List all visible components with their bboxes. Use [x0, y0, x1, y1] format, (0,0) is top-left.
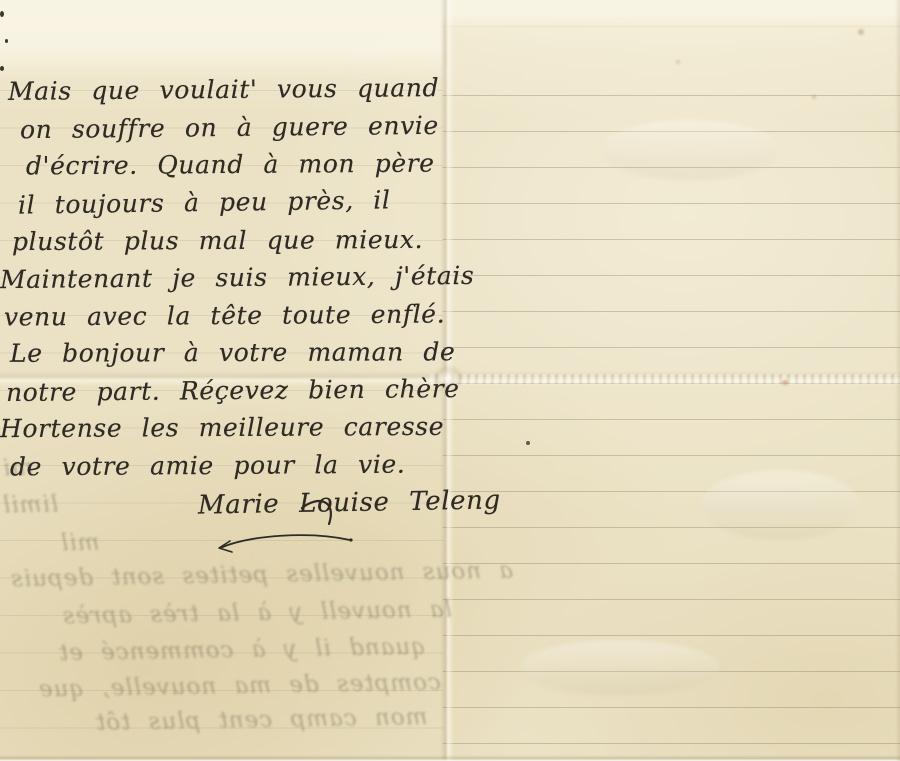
scan-bottom-edge [0, 755, 900, 761]
handwriting-line: Maintenant je suis mieux, j'étais [0, 262, 474, 294]
age-spot [676, 60, 680, 64]
handwriting-line: il toujours à peu près, il [18, 186, 391, 219]
handwriting-line: Le bonjour à votre maman de [10, 338, 455, 368]
handwriting-line: on souffre on à guere envie [20, 112, 439, 144]
fold-crinkle-texture [430, 374, 900, 384]
handwriting-line: notre part. Réçevez bien chère [6, 375, 460, 407]
fold-crease-top-right [443, 0, 900, 27]
paper-wrinkle [520, 640, 720, 695]
bleedthrough-line: mil [60, 530, 100, 557]
fold-crease-top-left [0, 0, 443, 81]
age-spot [858, 29, 864, 35]
rust-spot [782, 380, 788, 385]
ink-speck [0, 66, 4, 71]
paper-wrinkle [700, 470, 860, 540]
handwriting-line: venu avec la tête toute enflé. [4, 300, 445, 331]
signature-flourish [190, 492, 370, 562]
ink-speck [5, 39, 8, 43]
age-spot [812, 95, 816, 99]
bleedthrough-line: limil [2, 492, 59, 519]
scan-right-edge [895, 0, 900, 761]
handwriting-line: Hortense les meilleure caresse [0, 413, 444, 443]
handwriting-line: plustôt plus mal que mieux. [12, 226, 423, 256]
handwriting-line: Mais que voulait' vous quand [8, 74, 439, 106]
paper-wrinkle [600, 120, 780, 180]
handwriting-line: d'écrire. Quand à mon père [26, 150, 435, 181]
handwriting-line: de votre amie pour la vie. [10, 451, 406, 482]
ink-speck [526, 441, 530, 445]
ink-speck [0, 11, 4, 17]
letter-scan: mi limil mil a nous nouvelles petites so… [0, 0, 900, 761]
